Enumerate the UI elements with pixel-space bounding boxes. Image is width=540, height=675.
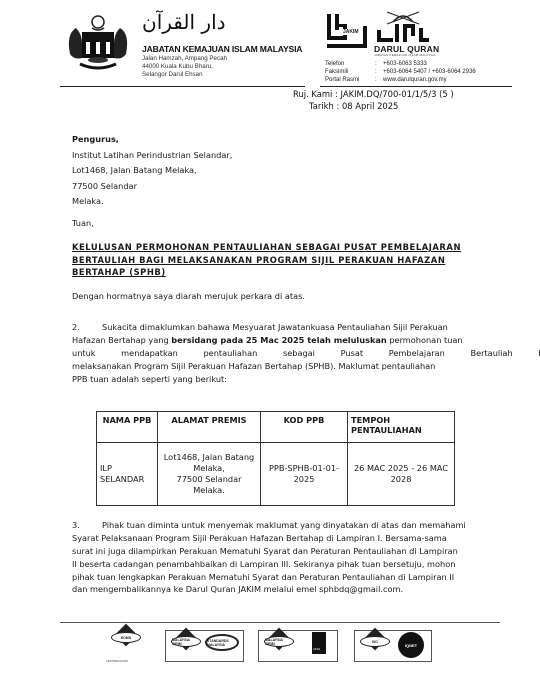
cell-line: ILP xyxy=(100,463,154,474)
contact-faksimili: Faksimili:+603-6064 5407 / +603-6064 293… xyxy=(325,69,476,75)
cell-line: Lot1468, Jalan Batang xyxy=(161,452,257,463)
cell-line: SELANDAR xyxy=(100,474,154,485)
paragraph-text: PPB tuan adalah seperti yang berikut: xyxy=(72,373,540,386)
contact-value: +603-6063 5333 xyxy=(383,61,427,67)
contact-label: Faksimili xyxy=(325,69,375,75)
contact-value: +603-6064 5407 / +603-6064 2936 xyxy=(383,69,476,75)
paragraph-text: Pihak tuan diminta untuk menyemak maklum… xyxy=(102,520,466,530)
paragraph-text-bold: bersidang pada 25 Mac 2025 telah melulus… xyxy=(171,335,386,345)
ref-value: JAKIM.DQ/700-01/1/5/3 (5 ) xyxy=(341,89,454,99)
cell-alamat-premis: Lot1468, Jalan Batang Melaka, 77500 Sela… xyxy=(158,443,261,506)
contact-label: Telefon xyxy=(325,61,375,67)
intro-paragraph: Dengan hormatnya saya diarah merujuk per… xyxy=(72,290,305,302)
ref-label: Ruj. Kami : xyxy=(293,89,338,99)
cell-line: PPB-SPHB-01-01- xyxy=(264,463,344,474)
subject-line: KELULUSAN PERMOHONAN PENTAULIAHAN SEBAGA… xyxy=(72,241,460,254)
org-address-line: Jalan Hamzah, Ampang Pecah xyxy=(142,55,227,62)
salutation: Tuan, xyxy=(72,217,94,229)
cert-label: MALAYSIA SIRIM xyxy=(171,636,201,647)
darul-quran-logo-icon xyxy=(373,8,433,44)
cert-label: UKAS xyxy=(313,648,320,651)
contact-label: Portal Rasmi xyxy=(325,77,375,83)
org-address-line: 44000 Kuala Kubu Bharu, xyxy=(142,63,213,70)
addressee-block: Pengurus, Institut Latihan Perindustrian… xyxy=(72,133,372,211)
org-address-line: Selangor Darul Ehsan xyxy=(142,71,203,78)
cell-nama-ppb: ILP SELANDAR xyxy=(97,443,158,506)
paragraph-number: 3. xyxy=(72,519,102,531)
organization-name: JABATAN KEMAJUAN ISLAM MALAYSIA xyxy=(142,44,302,54)
paragraph-text: untuk mendapatkan pentauliahan sebagai P… xyxy=(72,347,540,360)
paragraph-text: permohonan tuan xyxy=(387,335,463,345)
jakim-label: JAKIM xyxy=(342,29,360,35)
contact-telefon: Telefon:+603-6063 5333 xyxy=(325,61,427,67)
addressee-line: Lot1468, Jalan Batang Melaka, xyxy=(72,164,372,180)
ppb-info-table: NAMA PPB ALAMAT PREMIS KOD PPB TEMPOH PE… xyxy=(96,411,455,506)
cell-kod-ppb: PPB-SPHB-01-01- 2025 xyxy=(261,443,348,506)
contact-portal: Portal Rasmi:www.darulquran.gov.my xyxy=(325,77,447,83)
header-nama-ppb: NAMA PPB xyxy=(97,412,158,443)
header-tempoh: TEMPOH PENTAULIAHAN xyxy=(348,412,455,443)
darul-quran-arabic-title: دار القرآن xyxy=(142,10,226,34)
contact-value-link[interactable]: www.darulquran.gov.my xyxy=(383,77,447,83)
addressee-line: Institut Latihan Perindustrian Selandar, xyxy=(72,149,372,165)
paragraph-text: melaksanakan Program Sijil Perakuan Hafa… xyxy=(72,360,540,373)
subject-line: BERTAHAP (SPHB) xyxy=(72,266,460,279)
header-divider xyxy=(320,86,512,87)
date-label: Tarikh : xyxy=(309,101,339,111)
paragraph-text: Syarat Pelaksanaan Program Sijil Perakua… xyxy=(72,532,540,545)
cert-label: EOMS xyxy=(111,632,141,643)
cell-line: Melaka. xyxy=(161,485,257,496)
date-value: 08 April 2025 xyxy=(342,101,398,111)
paragraph-number: 2. xyxy=(72,321,102,333)
cell-line: 26 MAC 2025 - 26 MAC xyxy=(351,463,451,474)
paragraph-text: pihak tuan lengkapkan Perakuan Mematuhi … xyxy=(72,571,540,584)
cell-tempoh: 26 MAC 2025 - 26 MAC 2028 xyxy=(348,443,455,506)
paragraph-text: surat ini juga dilampirkan Perakuan Mema… xyxy=(72,545,540,558)
addressee-line: 77500 Selandar xyxy=(72,180,372,196)
header-tempoh-label: TEMPOH PENTAULIAHAN xyxy=(351,415,422,435)
cert-label: MALAYSIA SIRIM xyxy=(264,636,294,647)
table-header-row: NAMA PPB ALAMAT PREMIS KOD PPB TEMPOH PE… xyxy=(97,412,455,443)
addressee-line: Melaka. xyxy=(72,195,372,211)
reference-number: Ruj. Kami : JAKIM.DQ/700-01/1/5/3 (5 ) xyxy=(293,89,454,99)
paragraph-text: Hafazan Bertahap yang xyxy=(72,335,171,345)
cell-line: 2028 xyxy=(351,474,451,485)
cell-line: Melaka, xyxy=(161,463,257,474)
cell-line: 77500 Selandar xyxy=(161,474,257,485)
paragraph-2: 2.Sukacita dimaklumkan bahawa Mesyuarat … xyxy=(72,321,540,385)
darul-quran-subtitle: JABATAN KEMAJUAN ISLAM MALAYSIA xyxy=(374,53,436,57)
paragraph-text: Sukacita dimaklumkan bahawa Mesyuarat Ja… xyxy=(102,322,448,332)
addressee-title: Pengurus, xyxy=(72,133,372,149)
malaysia-crest-icon xyxy=(66,14,130,76)
iqnet-icon: IQNET xyxy=(398,632,424,658)
letter-subject: KELULUSAN PERMOHONAN PENTAULIAHAN SEBAGA… xyxy=(72,241,460,279)
standards-malaysia-icon: STANDARDS MALAYSIA xyxy=(205,634,239,651)
paragraph-text: II beserta cadangan penambahbaikan di La… xyxy=(72,558,540,571)
table-row: ILP SELANDAR Lot1468, Jalan Batang Melak… xyxy=(97,443,455,506)
cell-line: 2025 xyxy=(264,474,344,485)
paragraph-3: 3.Pihak tuan diminta untuk menyemak makl… xyxy=(72,519,540,596)
cert-label: ISO xyxy=(360,636,390,647)
header-alamat-premis: ALAMAT PREMIS xyxy=(158,412,261,443)
letter-date: Tarikh : 08 April 2025 xyxy=(309,101,398,111)
subject-line: BERTAULIAH BAGI MELAKSANAKAN PROGRAM SIJ… xyxy=(72,254,460,267)
header-divider xyxy=(60,86,305,87)
header-kod-ppb: KOD PPB xyxy=(261,412,348,443)
paragraph-text: dan mengembalikannya ke Darul Quran JAKI… xyxy=(72,583,540,596)
